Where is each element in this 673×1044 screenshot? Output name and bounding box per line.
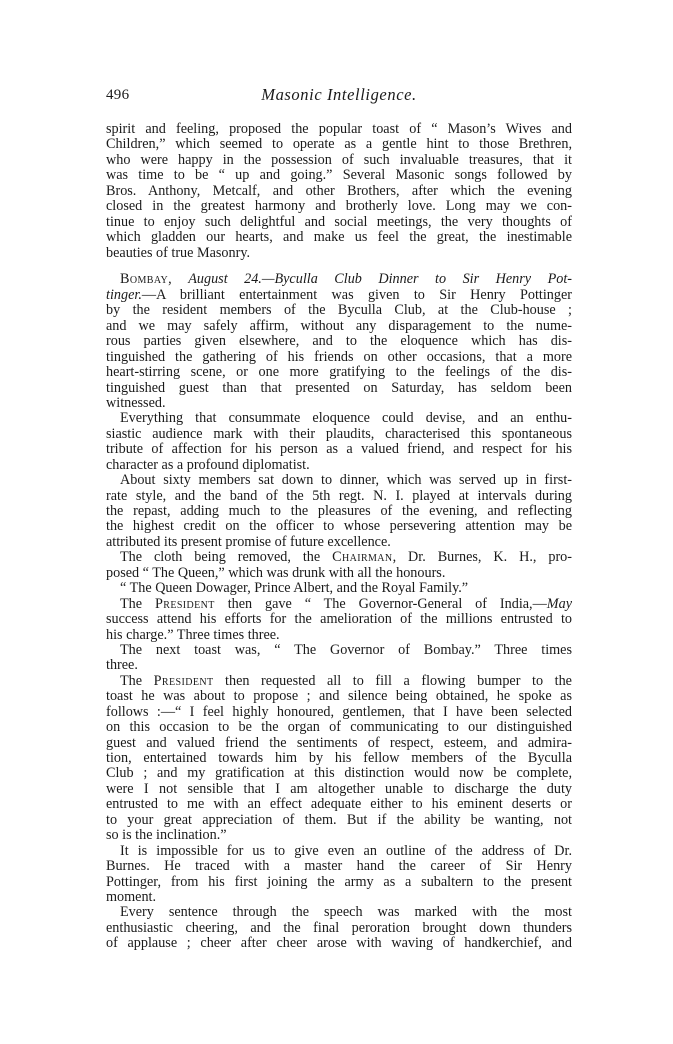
text-line: spirit and feeling, proposed the popular… [106,122,572,137]
text-run: heart-stirring scene, or one more gratif… [106,364,572,380]
text-run: rate style, and the band of the 5th regt… [106,488,572,504]
text-run: tinue to enjoy such delightful and socia… [106,214,572,230]
text-line: heart-stirring scene, or one more gratif… [106,365,572,380]
text-line: The President then gave “ The Governor-G… [106,597,572,612]
text-line: tinue to enjoy such delightful and socia… [106,215,572,230]
paragraph: The cloth being removed, the Chairman, D… [106,550,572,581]
text-run: follows :—“ I feel highly honoured, gent… [106,704,572,720]
text-line: The next toast was, “ The Governor of Bo… [106,643,572,658]
text-line: enthusiastic cheering, and the final per… [106,921,572,936]
text-run: closed in the greatest harmony and broth… [106,198,572,214]
text-run: by the resident members of the Byculla C… [106,302,572,318]
text-line: of applause ; cheer after cheer arose wi… [106,936,572,951]
text-line: rous parties given elsewhere, and to the… [106,334,572,349]
paragraph: Everything that consummate eloquence cou… [106,411,572,473]
text-run: Pottinger, from his first joining the ar… [106,874,572,890]
text-line: his charge.” Three times three. [106,628,572,643]
text-run: was time to be “ up and going.” Several … [106,167,572,183]
text-run: and we may safely affirm, without any di… [106,318,572,334]
running-title: Masonic Intelligence. [106,86,572,104]
text-run: “ The Queen Dowager, Prince Albert, and … [120,580,468,596]
text-line: character as a profound diplomatist. [106,458,572,473]
text-run: Every sentence through the speech was ma… [120,904,572,920]
text-run: —A brilliant entertainment was given to … [142,287,572,303]
italic-text: tinger. [106,287,142,303]
text-run: guest and valued friend the sentiments o… [106,735,572,751]
text-run: The [120,673,154,689]
text-run: toast he was about to propose ; and sile… [106,688,572,704]
text-line: and we may safely affirm, without any di… [106,319,572,334]
text-run: witnessed. [106,395,166,411]
paragraph: The President then gave “ The Governor-G… [106,597,572,643]
text-line: witnessed. [106,396,572,411]
small-caps-text: President [154,673,214,689]
text-run: posed “ The Queen,” which was drunk with… [106,565,445,581]
text-line: Club ; and my gratification at this dist… [106,766,572,781]
text-run: Children,” which seemed to operate as a … [106,136,572,152]
text-line: by the resident members of the Byculla C… [106,303,572,318]
text-line: which gladden our hearts, and make us fe… [106,230,572,245]
text-run: It is impossible for us to give even an … [120,843,572,859]
text-run: to your great appreciation of them. But … [106,812,572,828]
text-run: Club ; and my gratification at this dist… [106,765,572,781]
text-run: his charge.” Three times three. [106,627,280,643]
text-line: three. [106,658,572,673]
text-line: The President then requested all to fill… [106,674,572,689]
text-run: entrusted to me with an effect adequate … [106,796,572,812]
text-run: Bros. Anthony, Metcalf, and other Brothe… [106,183,572,199]
text-run: tinguished the gathering of his friends … [106,349,572,365]
text-run: the repast, adding much to the pleasures… [106,503,572,519]
paragraph: spirit and feeling, proposed the popular… [106,122,572,261]
text-line: toast he was about to propose ; and sile… [106,689,572,704]
text-run: spirit and feeling, proposed the popular… [106,121,572,137]
text-run: Everything that consummate eloquence cou… [120,410,572,426]
text-line: who were happy in the possession of such… [106,153,572,168]
italic-text: May [547,596,572,612]
paragraph: It is impossible for us to give even an … [106,844,572,906]
text-run: The next toast was, “ The Governor of Bo… [120,642,572,658]
text-run: moment. [106,889,156,905]
text-run: beauties of true Masonry. [106,245,250,261]
text-run: so is the inclination.” [106,827,227,843]
text-line: It is impossible for us to give even an … [106,844,572,859]
text-line: was time to be “ up and going.” Several … [106,168,572,183]
text-line: Every sentence through the speech was ma… [106,905,572,920]
text-line: attributed its present promise of future… [106,535,572,550]
text-line: Burnes. He traced with a master hand the… [106,859,572,874]
text-run: About sixty members sat down to dinner, … [120,472,572,488]
text-line: the highest credit on the officer to who… [106,519,572,534]
article-body: spirit and feeling, proposed the popular… [106,122,572,952]
text-line: tinguished guest than that presented on … [106,381,572,396]
paragraph: Bombay, August 24.—Byculla Club Dinner t… [106,272,572,411]
text-line: success attend his efforts for the ameli… [106,612,572,627]
text-line: on this occasion to be the organ of comm… [106,720,572,735]
text-run: tinguished guest than that presented on … [106,380,572,396]
text-line: About sixty members sat down to dinner, … [106,473,572,488]
text-run: of applause ; cheer after cheer arose wi… [106,935,572,951]
small-caps-text: Chairman [332,549,392,565]
paragraph: About sixty members sat down to dinner, … [106,473,572,550]
text-run: then requested all to fill a flowing bum… [213,673,572,689]
text-run: , Dr. Burnes, K. H., pro- [393,549,572,565]
text-line: The cloth being removed, the Chairman, D… [106,550,572,565]
text-run: tribute of affection for his person as a… [106,441,572,457]
paragraph: The next toast was, “ The Governor of Bo… [106,643,572,674]
page-header: 496 Masonic Intelligence. [106,86,572,104]
text-run: on this occasion to be the organ of comm… [106,719,572,735]
text-line: closed in the greatest harmony and broth… [106,199,572,214]
text-line: moment. [106,890,572,905]
text-line: follows :—“ I feel highly honoured, gent… [106,705,572,720]
text-run: tion, entertained towards him by his fel… [106,750,572,766]
text-line: Bombay, August 24.—Byculla Club Dinner t… [106,272,572,287]
text-run: enthusiastic cheering, and the final per… [106,920,572,936]
text-run: were I not sensible that I am altogether… [106,781,572,797]
text-run: character as a profound diplomatist. [106,457,310,473]
text-run: rous parties given elsewhere, and to the… [106,333,572,349]
text-run: , [168,271,188,287]
small-caps-text: President [155,596,215,612]
text-line: tribute of affection for his person as a… [106,442,572,457]
text-line: Pottinger, from his first joining the ar… [106,875,572,890]
text-line: to your great appreciation of them. But … [106,813,572,828]
text-line: beauties of true Masonry. [106,246,572,261]
text-line: siastic audience mark with their plaudit… [106,427,572,442]
paragraph: Every sentence through the speech was ma… [106,905,572,951]
small-caps-text: Bombay [120,271,168,287]
text-line: Bros. Anthony, Metcalf, and other Brothe… [106,184,572,199]
text-run: three. [106,657,138,673]
text-line: rate style, and the band of the 5th regt… [106,489,572,504]
text-run: The cloth being removed, the [120,549,332,565]
text-run: which gladden our hearts, and make us fe… [106,229,572,245]
text-line: tinger.—A brilliant entertainment was gi… [106,288,572,303]
text-line: guest and valued friend the sentiments o… [106,736,572,751]
text-run: the highest credit on the officer to who… [106,518,572,534]
text-run: The [120,596,155,612]
paragraph: The President then requested all to fill… [106,674,572,844]
text-line: Everything that consummate eloquence cou… [106,411,572,426]
italic-text: August 24.—Byculla Club Dinner to Sir He… [188,271,572,287]
paragraph: “ The Queen Dowager, Prince Albert, and … [106,581,572,596]
text-run: Burnes. He traced with a master hand the… [106,858,572,874]
text-run: then gave “ The Governor-General of Indi… [215,596,547,612]
text-line: were I not sensible that I am altogether… [106,782,572,797]
text-line: “ The Queen Dowager, Prince Albert, and … [106,581,572,596]
text-run: who were happy in the possession of such… [106,152,572,168]
text-run: siastic audience mark with their plaudit… [106,426,572,442]
text-line: tinguished the gathering of his friends … [106,350,572,365]
text-run: success attend his efforts for the ameli… [106,611,572,627]
text-line: the repast, adding much to the pleasures… [106,504,572,519]
text-line: entrusted to me with an effect adequate … [106,797,572,812]
text-line: posed “ The Queen,” which was drunk with… [106,566,572,581]
text-line: so is the inclination.” [106,828,572,843]
text-line: tion, entertained towards him by his fel… [106,751,572,766]
text-line: Children,” which seemed to operate as a … [106,137,572,152]
text-run: attributed its present promise of future… [106,534,391,550]
